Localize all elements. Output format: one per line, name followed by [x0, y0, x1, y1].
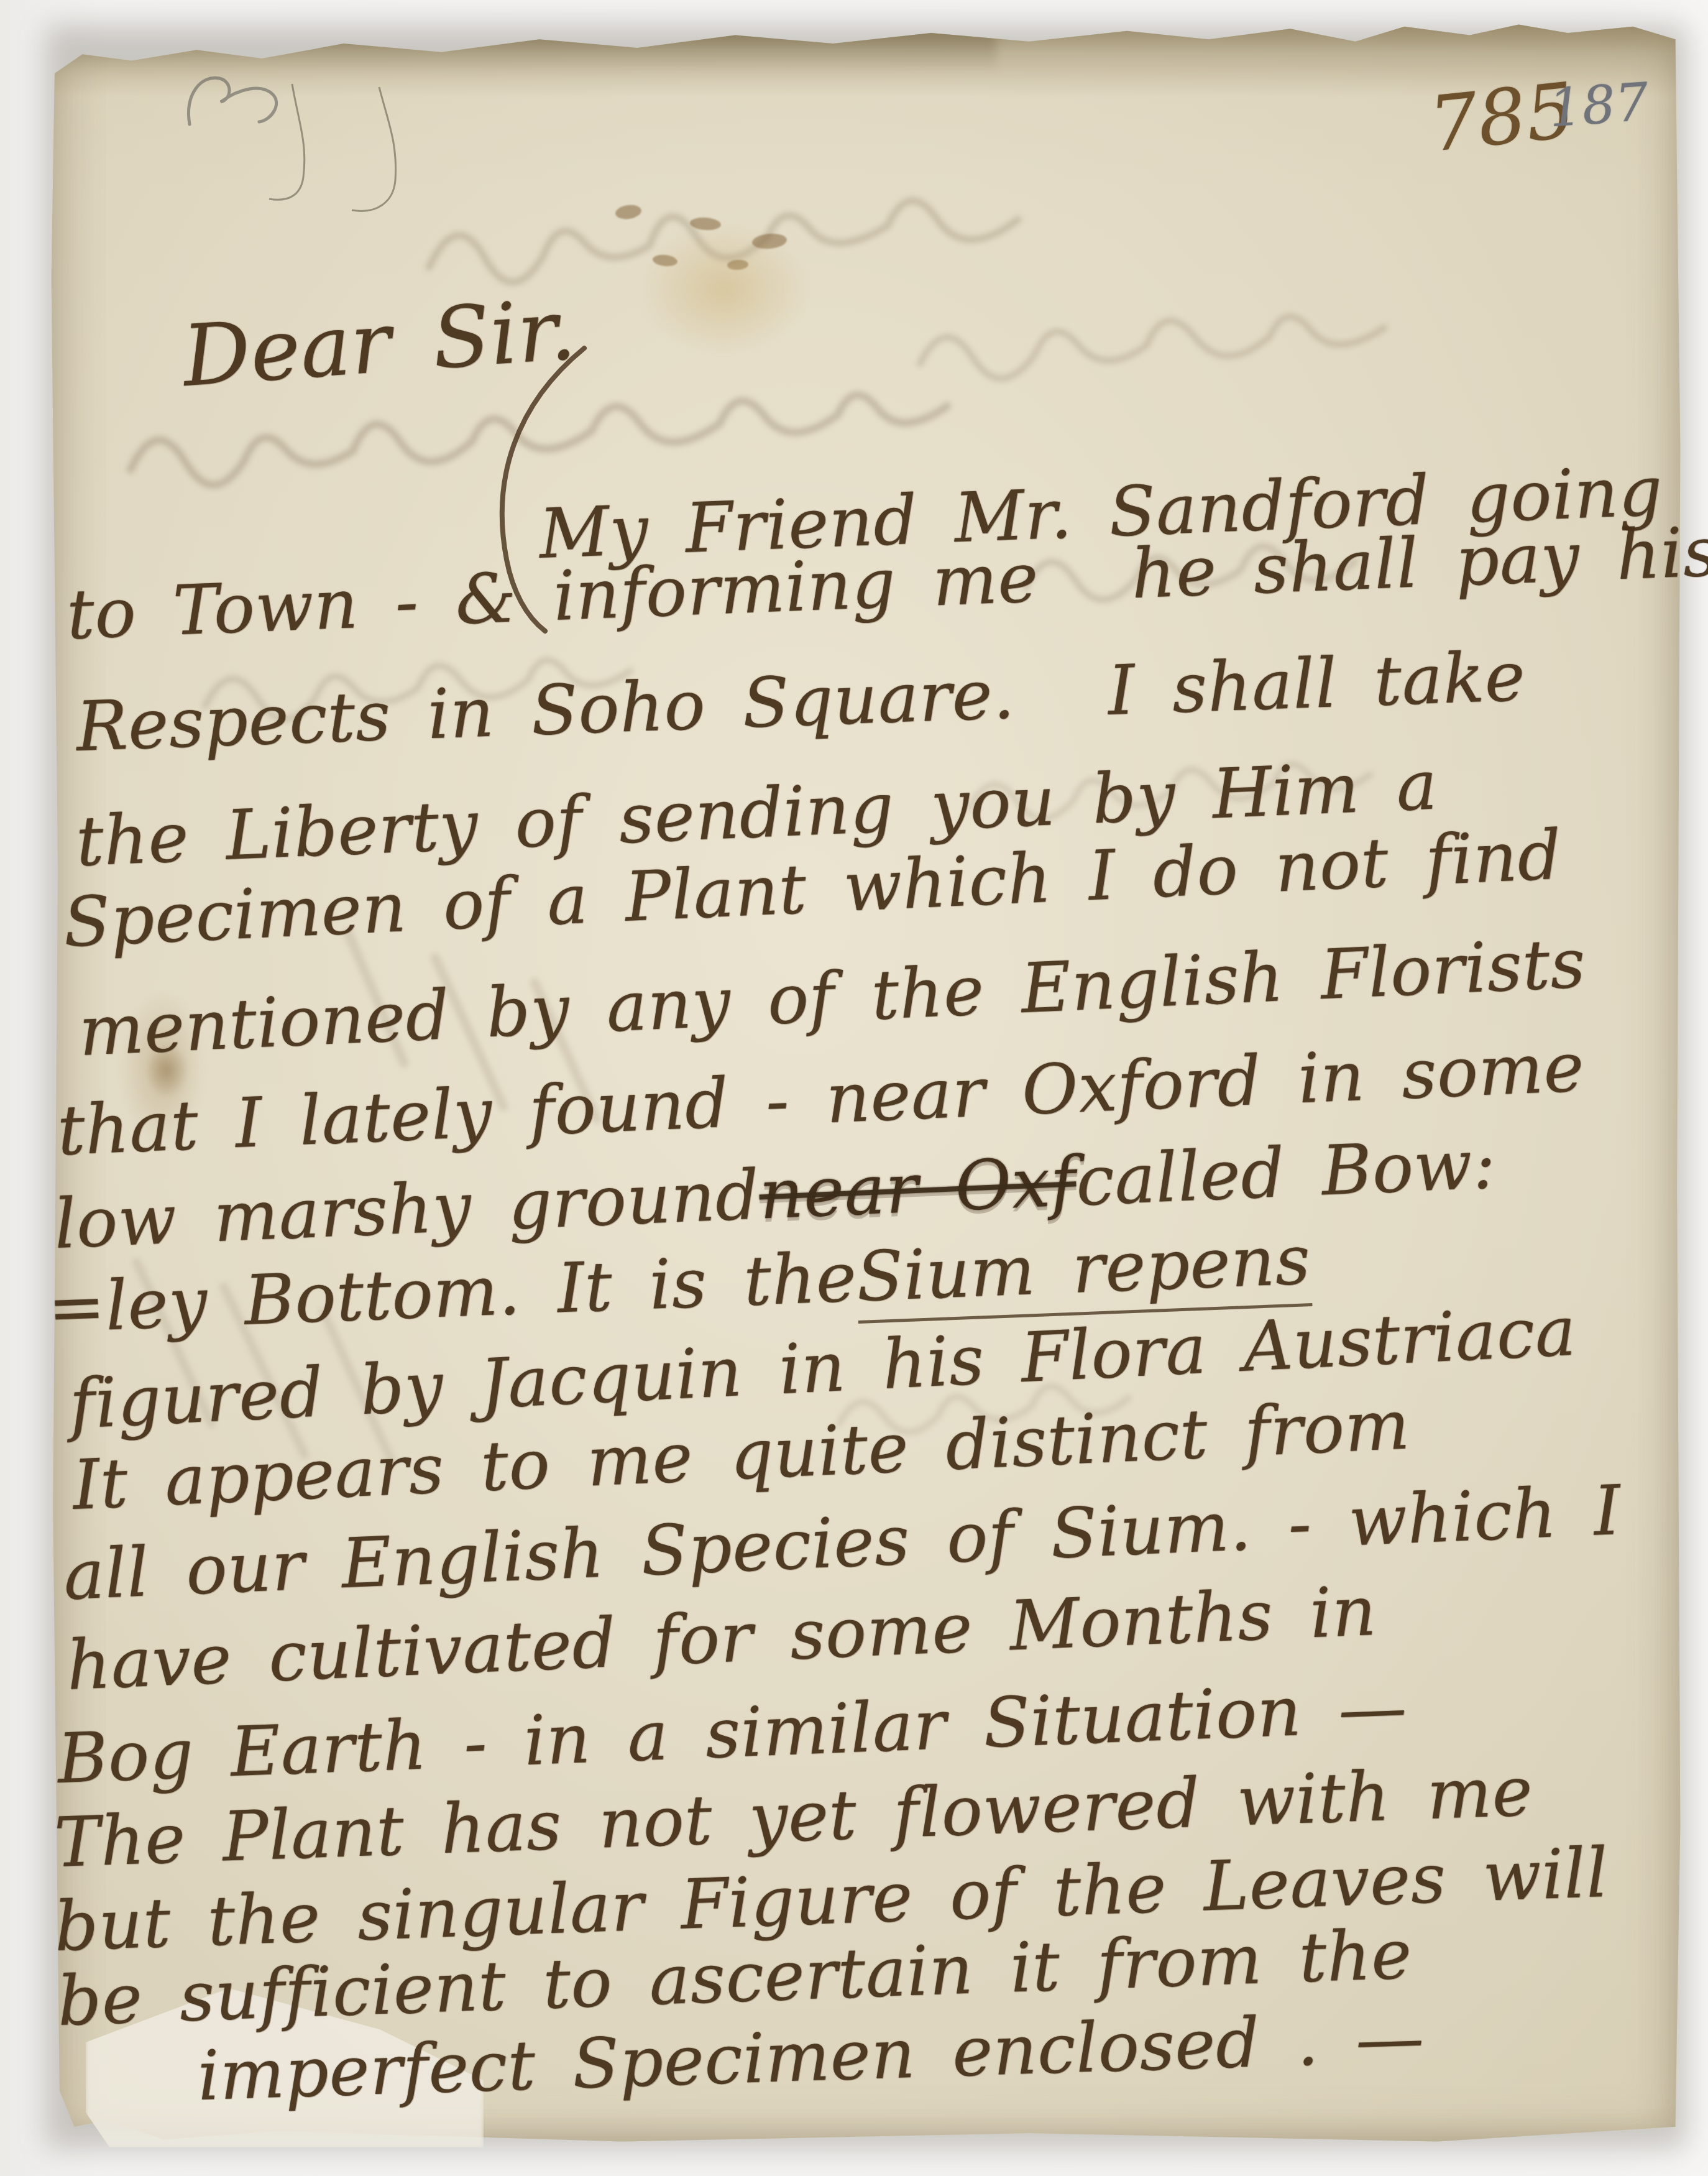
archival-number-pencil: 187 [1547, 71, 1651, 139]
letter-text-segment: I shall take [1106, 637, 1527, 731]
letter-scan-screenshot: { "document": { "kind": "Handwritten let… [0, 0, 1708, 2176]
crossed-out-text: near Oxf [758, 1141, 1078, 1234]
